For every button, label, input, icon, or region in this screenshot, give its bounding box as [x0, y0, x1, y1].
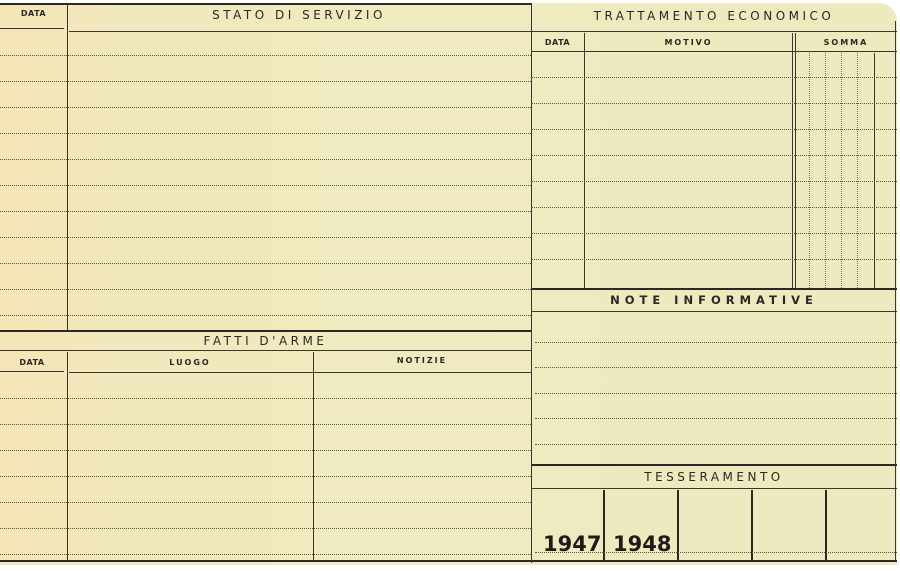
divider: [677, 490, 679, 560]
entry-line[interactable]: [0, 263, 531, 264]
divider: [603, 490, 605, 560]
divider: [69, 31, 531, 32]
fatti-col-luogo: LUOGO: [67, 358, 313, 367]
entry-line[interactable]: [0, 315, 531, 316]
tessera-year-1: 1947: [543, 532, 601, 556]
entry-line[interactable]: [0, 528, 531, 529]
entry-line[interactable]: [531, 181, 897, 182]
divider: [0, 28, 64, 29]
entry-line[interactable]: [531, 129, 897, 130]
divider: [792, 33, 793, 288]
entry-line[interactable]: [0, 237, 531, 238]
entry-line[interactable]: [0, 107, 531, 108]
right-border: [895, 21, 896, 561]
entry-line[interactable]: [531, 103, 897, 104]
entry-line[interactable]: [535, 367, 897, 368]
somma-subcolumn: [841, 53, 842, 288]
fatti-col-notizie: NOTIZIE: [313, 356, 531, 365]
divider: [584, 33, 585, 288]
divider: [531, 311, 897, 312]
divider: [531, 51, 897, 52]
fatti-d-arme-title: FATTI D'ARME: [0, 334, 531, 348]
entry-line[interactable]: [535, 444, 897, 445]
tessera-year-2: 1948: [613, 532, 671, 556]
entry-line[interactable]: [531, 259, 897, 260]
entry-line[interactable]: [531, 77, 897, 78]
entry-line[interactable]: [535, 393, 897, 394]
bottom-border: [0, 560, 897, 562]
section-divider: [0, 330, 531, 332]
trattamento-col-data: DATA: [531, 38, 584, 47]
trattamento-col-somma: SOMMA: [795, 38, 897, 47]
somma-subcolumn: [825, 53, 826, 288]
service-record-card: DATA STATO DI SERVIZIO FATTI D'ARME DATA…: [0, 3, 897, 565]
divider: [795, 33, 796, 288]
entry-line[interactable]: [0, 159, 531, 160]
divider: [313, 352, 314, 562]
top-border: [0, 3, 531, 5]
divider: [67, 352, 68, 562]
somma-subcolumn: [857, 53, 858, 288]
section-divider: [531, 464, 897, 466]
divider: [825, 490, 827, 560]
entry-line[interactable]: [0, 424, 531, 425]
divider: [69, 372, 531, 373]
entry-line[interactable]: [531, 207, 897, 208]
entry-line[interactable]: [531, 233, 897, 234]
divider: [751, 490, 753, 560]
stato-data-header: DATA: [0, 9, 67, 18]
entry-line[interactable]: [0, 450, 531, 451]
divider: [0, 371, 64, 372]
somma-subcolumn: [809, 53, 810, 288]
entry-line[interactable]: [0, 289, 531, 290]
entry-line[interactable]: [0, 554, 531, 555]
entry-line[interactable]: [0, 185, 531, 186]
fatti-col-data: DATA: [0, 358, 64, 367]
divider: [0, 350, 531, 351]
entry-line[interactable]: [535, 418, 897, 419]
entry-line[interactable]: [0, 476, 531, 477]
divider: [531, 31, 897, 32]
entry-line[interactable]: [0, 81, 531, 82]
tesseramento-title: TESSERAMENTO: [531, 470, 897, 484]
entry-line[interactable]: [0, 133, 531, 134]
entry-line[interactable]: [535, 342, 897, 343]
entry-line[interactable]: [531, 155, 897, 156]
divider: [531, 488, 897, 489]
trattamento-col-motivo: MOTIVO: [584, 38, 793, 47]
section-divider: [531, 288, 897, 290]
entry-line[interactable]: [0, 55, 531, 56]
divider: [67, 5, 68, 331]
entry-line[interactable]: [0, 398, 531, 399]
note-informative-title: NOTE INFORMATIVE: [531, 293, 897, 307]
divider: [874, 53, 875, 288]
entry-line[interactable]: [0, 502, 531, 503]
stato-di-servizio-title: STATO DI SERVIZIO: [67, 8, 531, 22]
trattamento-economico-title: TRATTAMENTO ECONOMICO: [531, 9, 897, 23]
entry-line[interactable]: [0, 211, 531, 212]
